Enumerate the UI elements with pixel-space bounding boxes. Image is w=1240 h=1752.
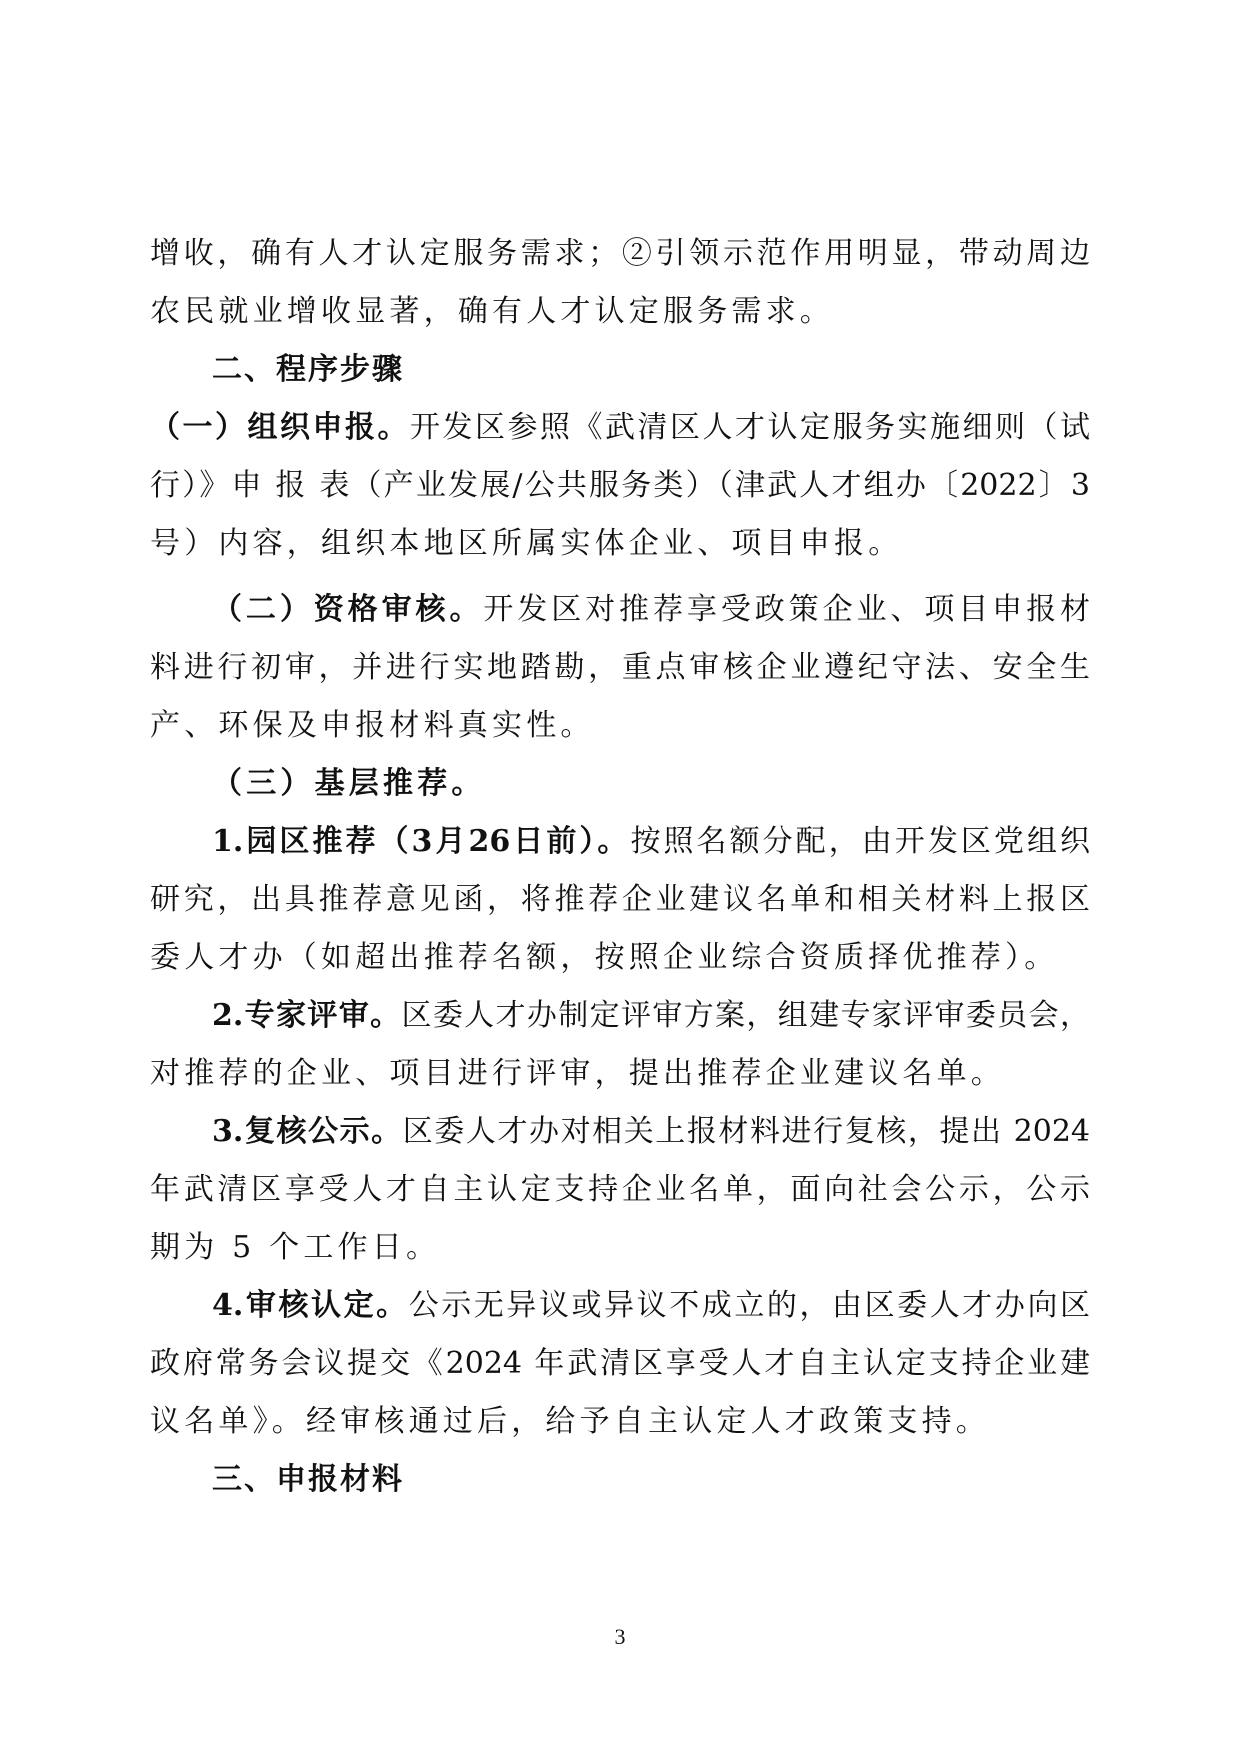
paragraph-line: 政府常务会议提交《2024 年武清区享受人才自主认定支持企业建 xyxy=(150,1344,1090,1384)
item-title: 2.专家评审。 xyxy=(212,998,401,1033)
paragraph-line: 号）内容，组织本地区所属实体企业、项目申报。 xyxy=(150,524,1090,564)
paragraph-line: 3.复核公示。区委人才办对相关上报材料进行复核，提出 2024 xyxy=(212,1112,1090,1152)
paragraph-text: 按照名额分配，由开发区党组织 xyxy=(630,824,1090,859)
item-title: 3.复核公示。 xyxy=(212,1114,403,1149)
paragraph-line: 1.园区推荐（3月26日前）。按照名额分配，由开发区党组织 xyxy=(212,822,1090,862)
subsection-title: （一）组织申报。 xyxy=(150,410,410,445)
subsection-title: （三）基层推荐。 xyxy=(212,764,1090,804)
page-number: 3 xyxy=(0,1624,1240,1650)
paragraph-line: （一）组织申报。开发区参照《武清区人才认定服务实施细则（试 xyxy=(150,408,1090,448)
paragraph-line: 期为 5 个工作日。 xyxy=(150,1228,1090,1268)
paragraph-line: 农民就业增收显著，确有人才认定服务需求。 xyxy=(150,292,1090,332)
paragraph-text: 开发区对推荐享受政策企业、项目申报材 xyxy=(483,592,1090,627)
paragraph-line: 委人才办（如超出推荐名额，按照企业综合资质择优推荐）。 xyxy=(150,938,1090,978)
paragraph-text: 开发区参照《武清区人才认定服务实施细则（试 xyxy=(410,410,1090,445)
section-heading: 三、申报材料 xyxy=(212,1460,1090,1500)
document-page: 增收，确有人才认定服务需求；②引领示范作用明显，带动周边 农民就业增收显著，确有… xyxy=(0,0,1240,1752)
subsection-title: （二）资格审核。 xyxy=(212,592,483,627)
paragraph-text: 区委人才办制定评审方案，组建专家评审委员会， xyxy=(401,998,1090,1033)
section-heading: 二、程序步骤 xyxy=(212,350,1090,390)
paragraph-line: 料进行初审，并进行实地踏勘，重点审核企业遵纪守法、安全生 xyxy=(150,648,1090,688)
paragraph-line: （二）资格审核。开发区对推荐享受政策企业、项目申报材 xyxy=(212,590,1090,630)
paragraph-text: 公示无异议或异议不成立的，由区委人才办向区 xyxy=(409,1288,1090,1323)
paragraph-line: 研究，出具推荐意见函，将推荐企业建议名单和相关材料上报区 xyxy=(150,880,1090,920)
paragraph-line: 行）》申 报 表（产业发展/公共服务类）（津武人才组办〔2022〕3 xyxy=(150,466,1090,506)
paragraph-line: 2.专家评审。区委人才办制定评审方案，组建专家评审委员会， xyxy=(212,996,1090,1036)
paragraph-line: 议名单》。经审核通过后，给予自主认定人才政策支持。 xyxy=(150,1402,1090,1442)
paragraph-text: 区委人才办对相关上报材料进行复核，提出 2024 xyxy=(403,1114,1090,1149)
paragraph-line: 4.审核认定。公示无异议或异议不成立的，由区委人才办向区 xyxy=(212,1286,1090,1326)
item-title: 4.审核认定。 xyxy=(212,1288,409,1323)
paragraph-line: 产、环保及申报材料真实性。 xyxy=(150,706,1090,746)
item-title: 1.园区推荐（3月26日前）。 xyxy=(212,824,630,859)
paragraph-line: 对推荐的企业、项目进行评审，提出推荐企业建议名单。 xyxy=(150,1054,1090,1094)
paragraph-line: 增收，确有人才认定服务需求；②引领示范作用明显，带动周边 xyxy=(150,234,1090,274)
paragraph-line: 年武清区享受人才自主认定支持企业名单，面向社会公示，公示 xyxy=(150,1170,1090,1210)
